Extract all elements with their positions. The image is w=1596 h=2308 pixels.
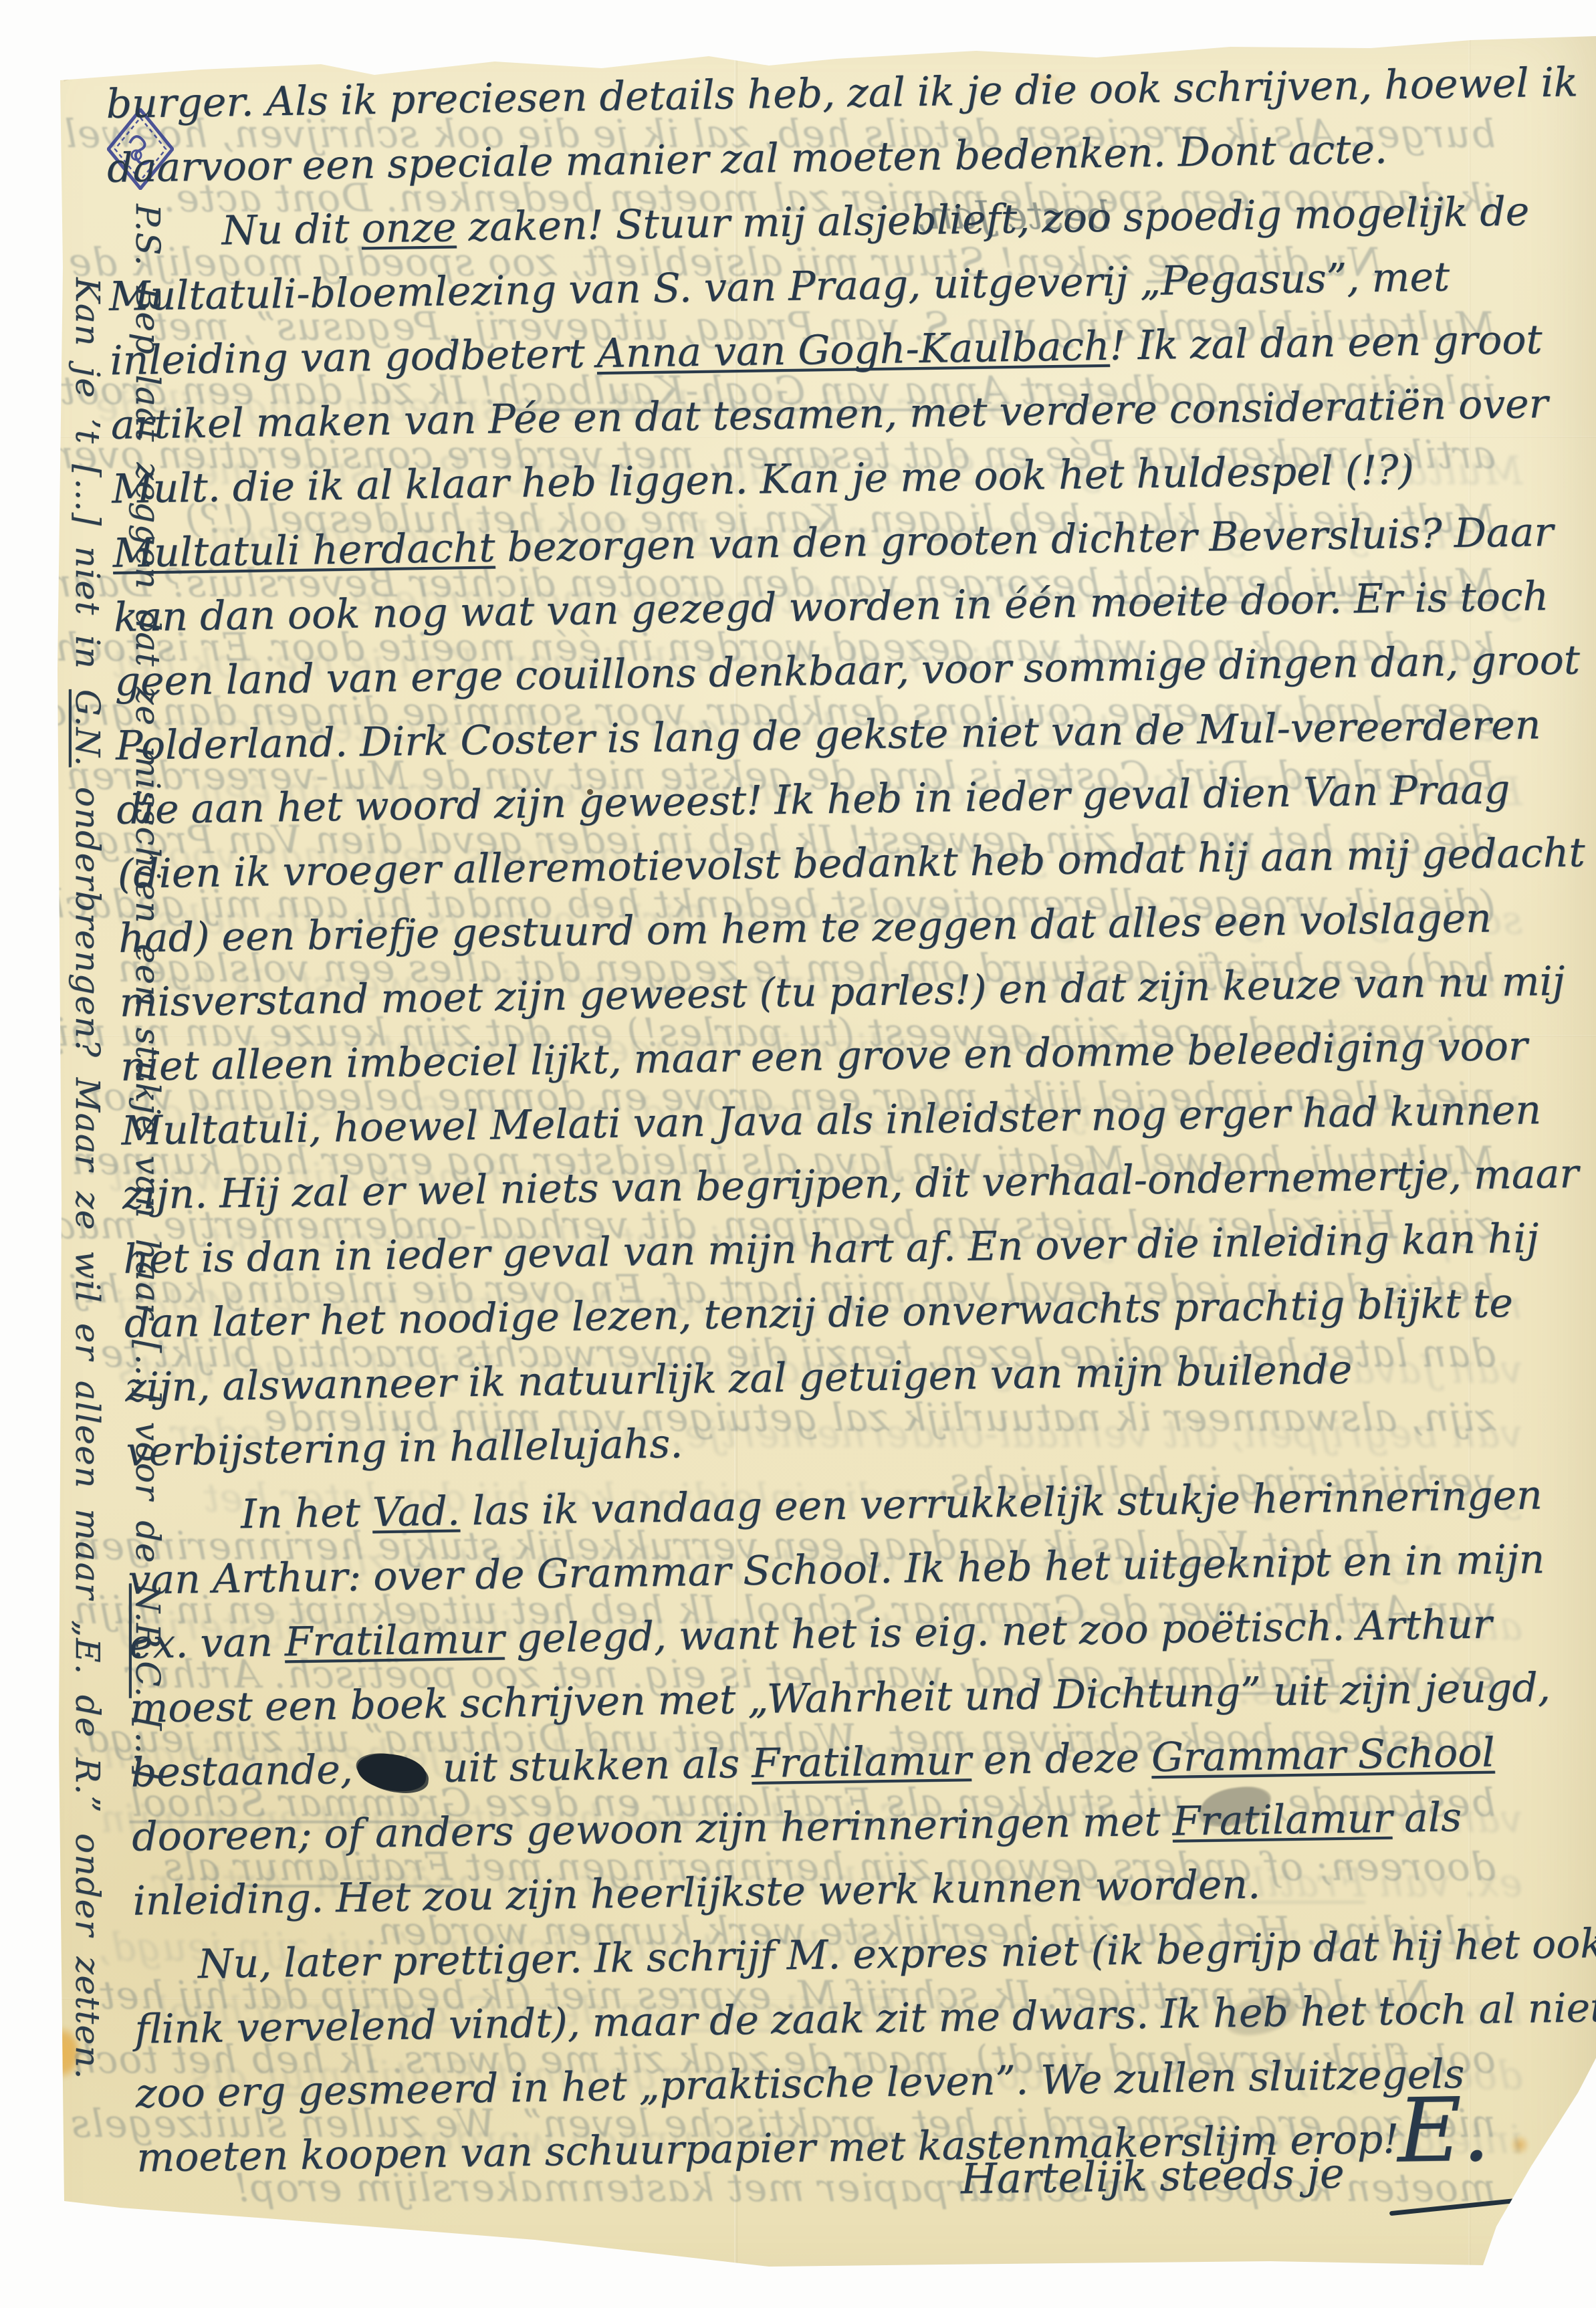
scanner-background: burger. Als ik preciesen details heb, za… <box>0 0 1596 2308</box>
closing-salutation: Hartelijk steeds je <box>960 2142 1345 2211</box>
signature-flourish <box>1389 2196 1534 2216</box>
margin-note-ps: P.S. Bep laat zeggen dat ze misschien ee… <box>127 204 168 1780</box>
letter-paper: burger. Als ik preciesen details heb, za… <box>0 0 1596 2308</box>
paragraph-vaderland-arthur: In het Vad. las ik vandaag een verrukkel… <box>126 1462 1596 1934</box>
paragraph-continuation: burger. Als ik preciesen details heb, za… <box>106 50 1587 201</box>
margin-note-groot-nederland: Kan je ’t […] niet in G.N. onderbrengen?… <box>67 277 108 2080</box>
signature-initial: E. <box>1397 2090 1490 2172</box>
paragraph-multatuli: Nu dit onze zaken! Stuur mij alsjeblieft… <box>108 179 1596 1484</box>
letter-body: burger. Als ik preciesen details heb, za… <box>106 50 1596 2190</box>
paragraph-slot: Nu, later prettiger. Ik schrijf M. expre… <box>133 1912 1596 2190</box>
